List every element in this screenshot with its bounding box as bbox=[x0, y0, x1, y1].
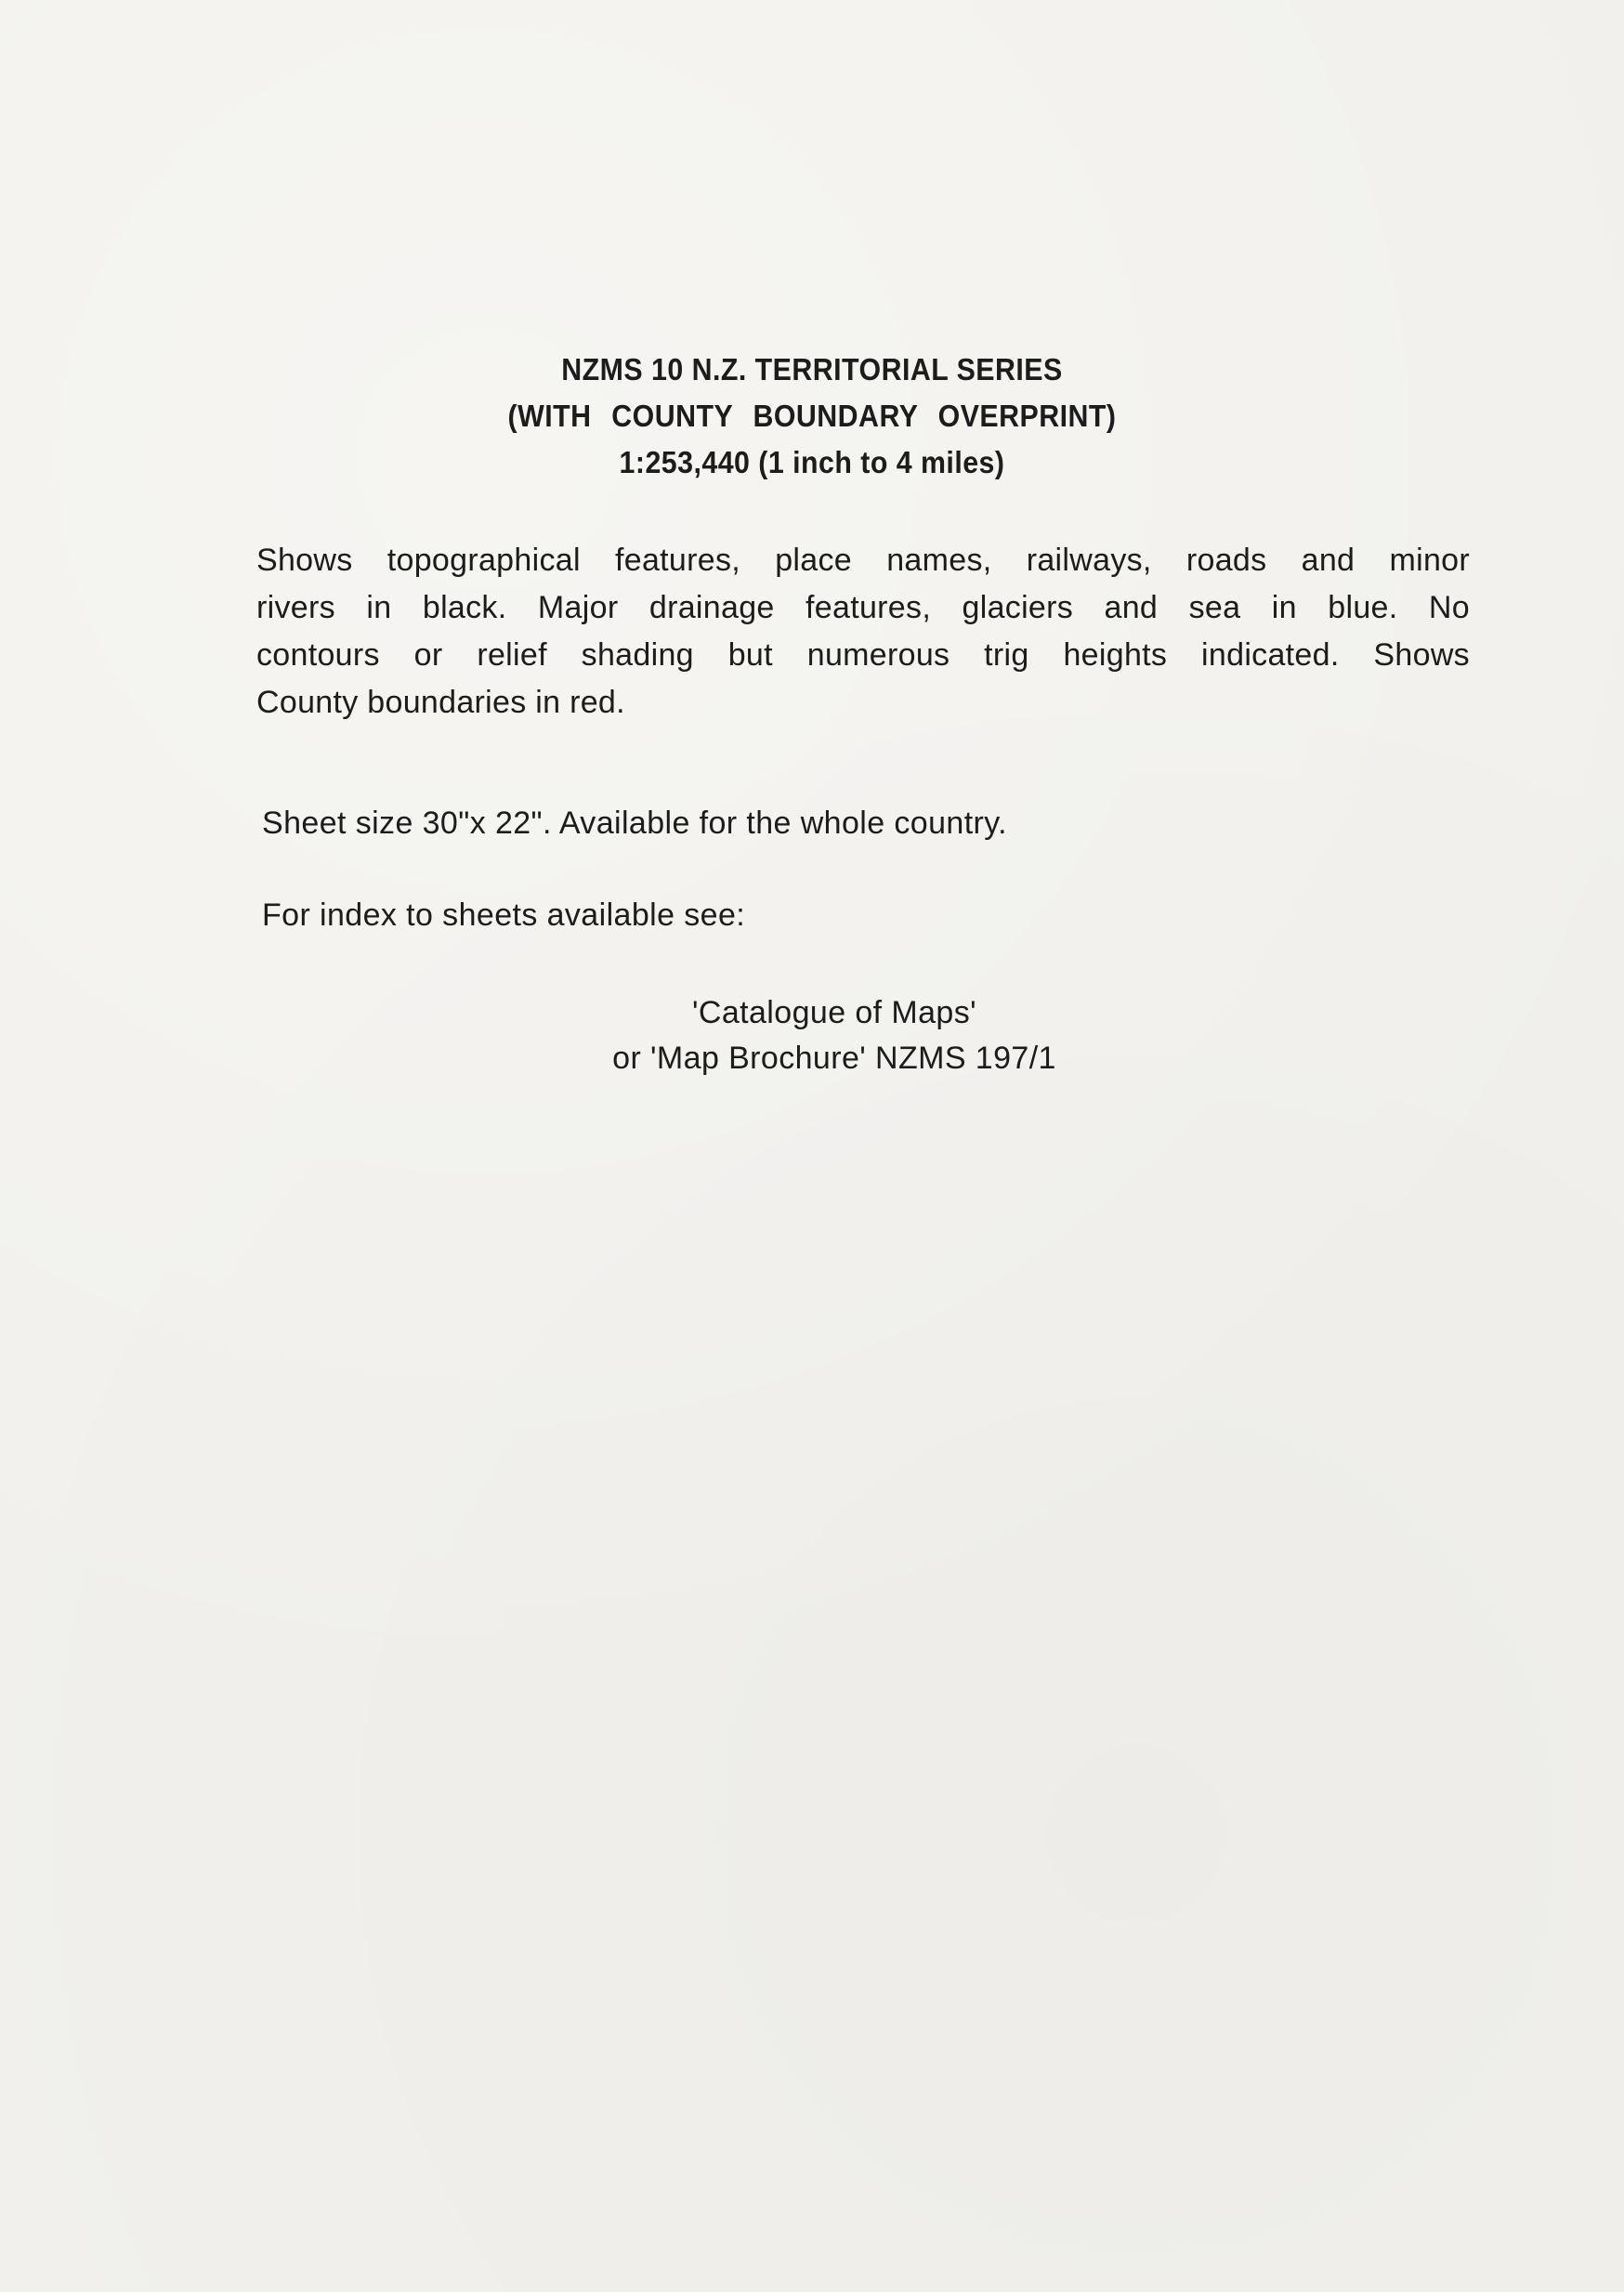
index-note: For index to sheets available see: bbox=[262, 892, 745, 938]
description-line: rivers in black. Major drainage features… bbox=[256, 584, 1470, 632]
series-scale-line: 1:253,440 (1 inch to 4 miles) bbox=[65, 439, 1559, 486]
description-line-text: Shows topographical features, place name… bbox=[256, 537, 1470, 584]
catalogue-reference: 'Catalogue of Maps' bbox=[22, 989, 1624, 1036]
description-line-text: rivers in black. Major drainage features… bbox=[256, 584, 1470, 632]
brochure-reference: or 'Map Brochure' NZMS 197/1 bbox=[22, 1035, 1624, 1081]
description-line: contours or relief shading but numerous … bbox=[256, 632, 1470, 679]
description-line-text: County boundaries in red. bbox=[256, 679, 625, 727]
document-page: NZMS 10 N.Z. TERRITORIAL SERIES (WITH CO… bbox=[0, 0, 1624, 2292]
description-paragraph: Shows topographical features, place name… bbox=[256, 537, 1470, 727]
description-line-text: contours or relief shading but numerous … bbox=[256, 632, 1470, 679]
series-scale: 1:253,440 (1 inch to 4 miles) bbox=[65, 439, 1559, 486]
series-title: NZMS 10 N.Z. TERRITORIAL SERIES bbox=[65, 347, 1559, 393]
sheet-size-note: Sheet size 30"x 22". Available for the w… bbox=[262, 800, 1007, 846]
series-subtitle: (WITH COUNTY BOUNDARY OVERPRINT) bbox=[65, 393, 1559, 439]
series-title-line: NZMS 10 N.Z. TERRITORIAL SERIES bbox=[65, 347, 1559, 393]
description-line: Shows topographical features, place name… bbox=[256, 537, 1470, 584]
description-line: County boundaries in red. bbox=[256, 679, 1470, 727]
series-subtitle-line: (WITH COUNTY BOUNDARY OVERPRINT) bbox=[65, 393, 1559, 439]
